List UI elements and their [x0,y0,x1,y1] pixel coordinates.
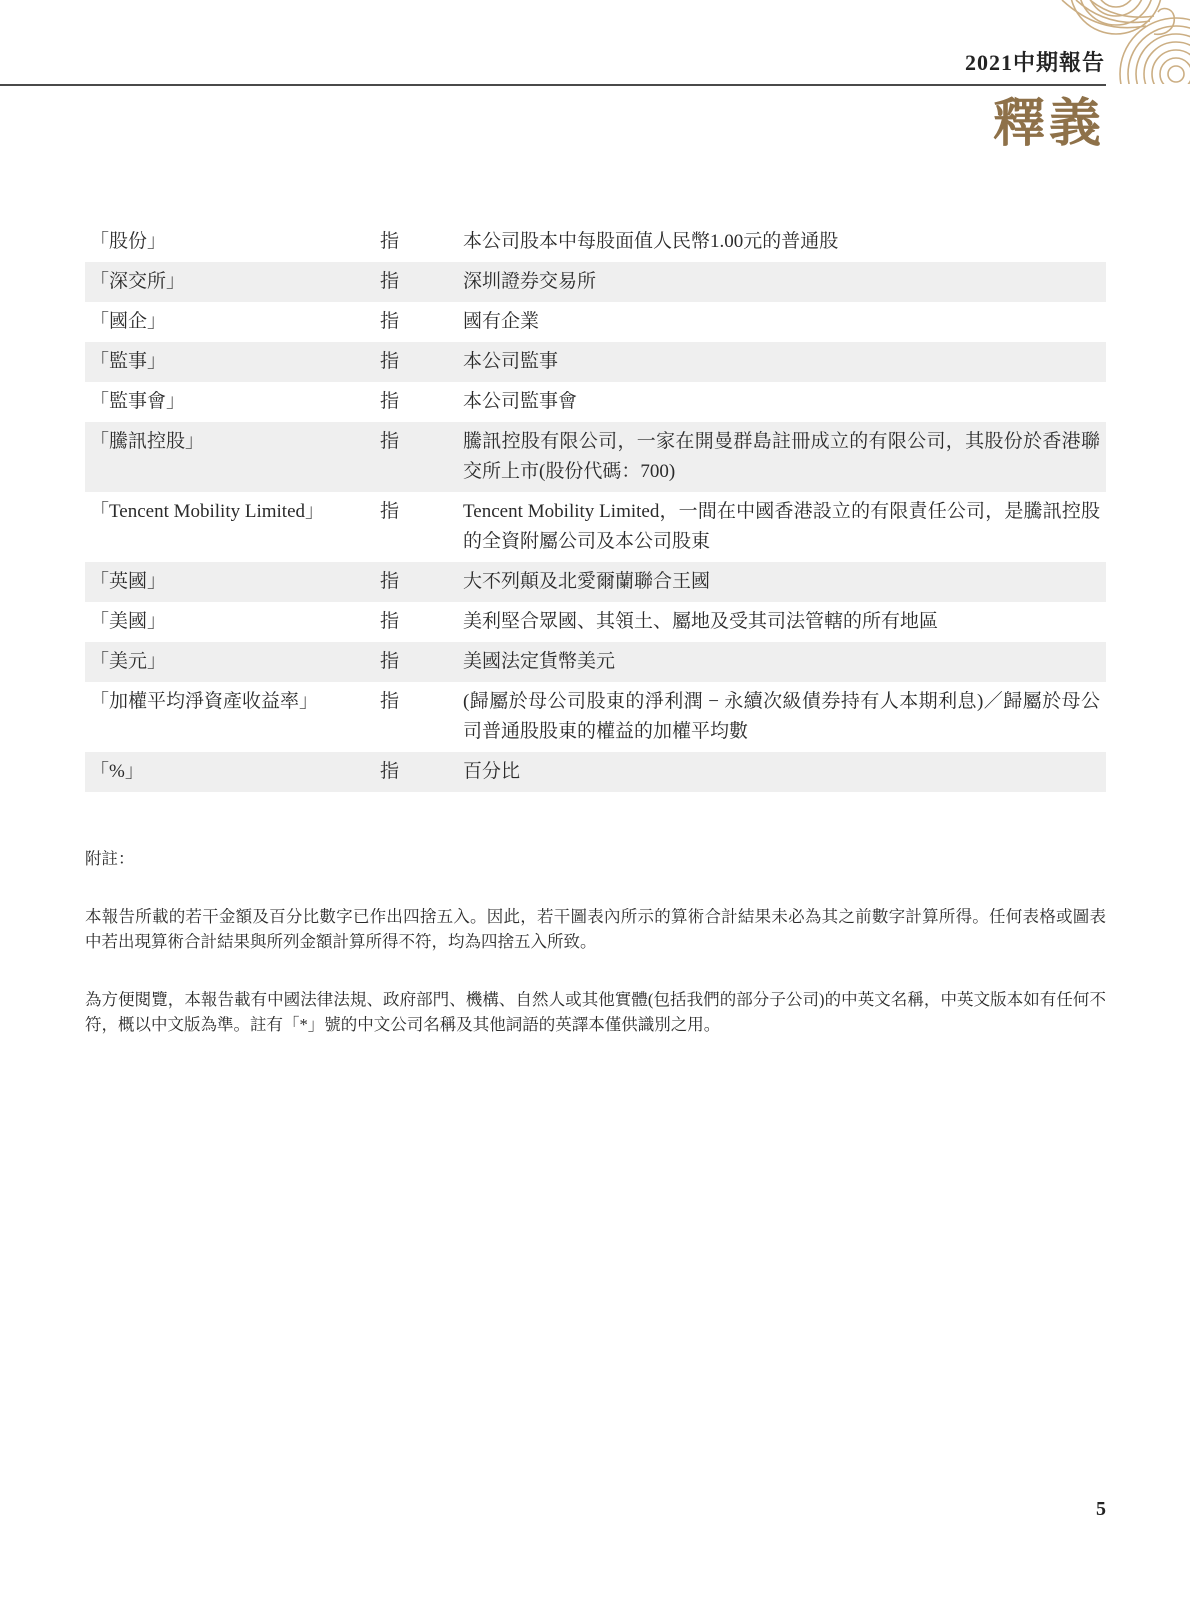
definition-term: 「%」 [85,757,380,787]
definition-text: 國有企業 [463,307,1106,337]
notes-section: 附註： 本報告所載的若干金額及百分比數字已作出四捨五入。因此，若干圖表內所示的算… [85,846,1106,1037]
definition-text: (歸屬於母公司股東的淨利潤 − 永續次級債券持有人本期利息)／歸屬於母公司普通股… [463,687,1106,747]
definition-indicator: 指 [380,427,463,457]
definition-term: 「騰訊控股」 [85,427,380,457]
definition-term: 「Tencent Mobility Limited」 [85,497,380,527]
definition-term: 「監事」 [85,347,380,377]
header-rule [0,84,1106,86]
definition-indicator: 指 [380,387,463,417]
page-title: 釋義 [993,96,1105,153]
definition-text: 大不列顛及北愛爾蘭聯合王國 [463,567,1106,597]
definition-row: 「深交所」指深圳證券交易所 [85,262,1106,302]
definition-indicator: 指 [380,347,463,377]
definition-term: 「美國」 [85,607,380,637]
definition-row: 「英國」指大不列顛及北愛爾蘭聯合王國 [85,562,1106,602]
report-page: 2021中期報告 釋義 「股份」指本公司股本中每股面值人民幣1.00元的普通股「… [0,0,1190,1615]
definition-text: 深圳證券交易所 [463,267,1106,297]
definition-row: 「監事會」指本公司監事會 [85,382,1106,422]
definition-row: 「股份」指本公司股本中每股面值人民幣1.00元的普通股 [85,222,1106,262]
definition-term: 「股份」 [85,227,380,257]
wave-pattern-logo-icon [1058,0,1190,84]
definition-indicator: 指 [380,227,463,257]
definition-text: 騰訊控股有限公司，一家在開曼群島註冊成立的有限公司，其股份於香港聯交所上市(股份… [463,427,1106,487]
definition-term: 「監事會」 [85,387,380,417]
definition-row: 「Tencent Mobility Limited」指Tencent Mobil… [85,492,1106,562]
definition-row: 「加權平均淨資產收益率」指(歸屬於母公司股東的淨利潤 − 永續次級債券持有人本期… [85,682,1106,752]
note-paragraph-rounding: 本報告所載的若干金額及百分比數字已作出四捨五入。因此，若干圖表內所示的算術合計結… [85,904,1106,954]
definition-row: 「監事」指本公司監事 [85,342,1106,382]
definition-indicator: 指 [380,267,463,297]
definition-indicator: 指 [380,757,463,787]
definition-indicator: 指 [380,607,463,637]
definition-indicator: 指 [380,647,463,677]
definition-indicator: 指 [380,687,463,717]
definitions-table: 「股份」指本公司股本中每股面值人民幣1.00元的普通股「深交所」指深圳證券交易所… [85,222,1106,792]
notes-label: 附註： [85,846,1106,871]
page-number: 5 [1096,1498,1106,1521]
definition-row: 「美國」指美利堅合眾國、其領土、屬地及受其司法管轄的所有地區 [85,602,1106,642]
definition-row: 「美元」指美國法定貨幣美元 [85,642,1106,682]
definition-text: 美國法定貨幣美元 [463,647,1106,677]
definition-term: 「美元」 [85,647,380,677]
definition-row: 「騰訊控股」指騰訊控股有限公司，一家在開曼群島註冊成立的有限公司，其股份於香港聯… [85,422,1106,492]
definition-term: 「英國」 [85,567,380,597]
definition-text: 百分比 [463,757,1106,787]
definition-text: 本公司監事 [463,347,1106,377]
definition-text: Tencent Mobility Limited，一間在中國香港設立的有限責任公… [463,497,1106,557]
definition-text: 本公司監事會 [463,387,1106,417]
definition-term: 「加權平均淨資產收益率」 [85,687,380,717]
definition-text: 美利堅合眾國、其領土、屬地及受其司法管轄的所有地區 [463,607,1106,637]
definition-indicator: 指 [380,307,463,337]
definition-term: 「深交所」 [85,267,380,297]
definition-row: 「%」指百分比 [85,752,1106,792]
definition-row: 「國企」指國有企業 [85,302,1106,342]
definition-indicator: 指 [380,497,463,527]
definition-indicator: 指 [380,567,463,597]
definition-text: 本公司股本中每股面值人民幣1.00元的普通股 [463,227,1106,257]
note-paragraph-translation: 為方便閱覽，本報告載有中國法律法規、政府部門、機構、自然人或其他實體(包括我們的… [85,987,1106,1037]
definition-term: 「國企」 [85,307,380,337]
